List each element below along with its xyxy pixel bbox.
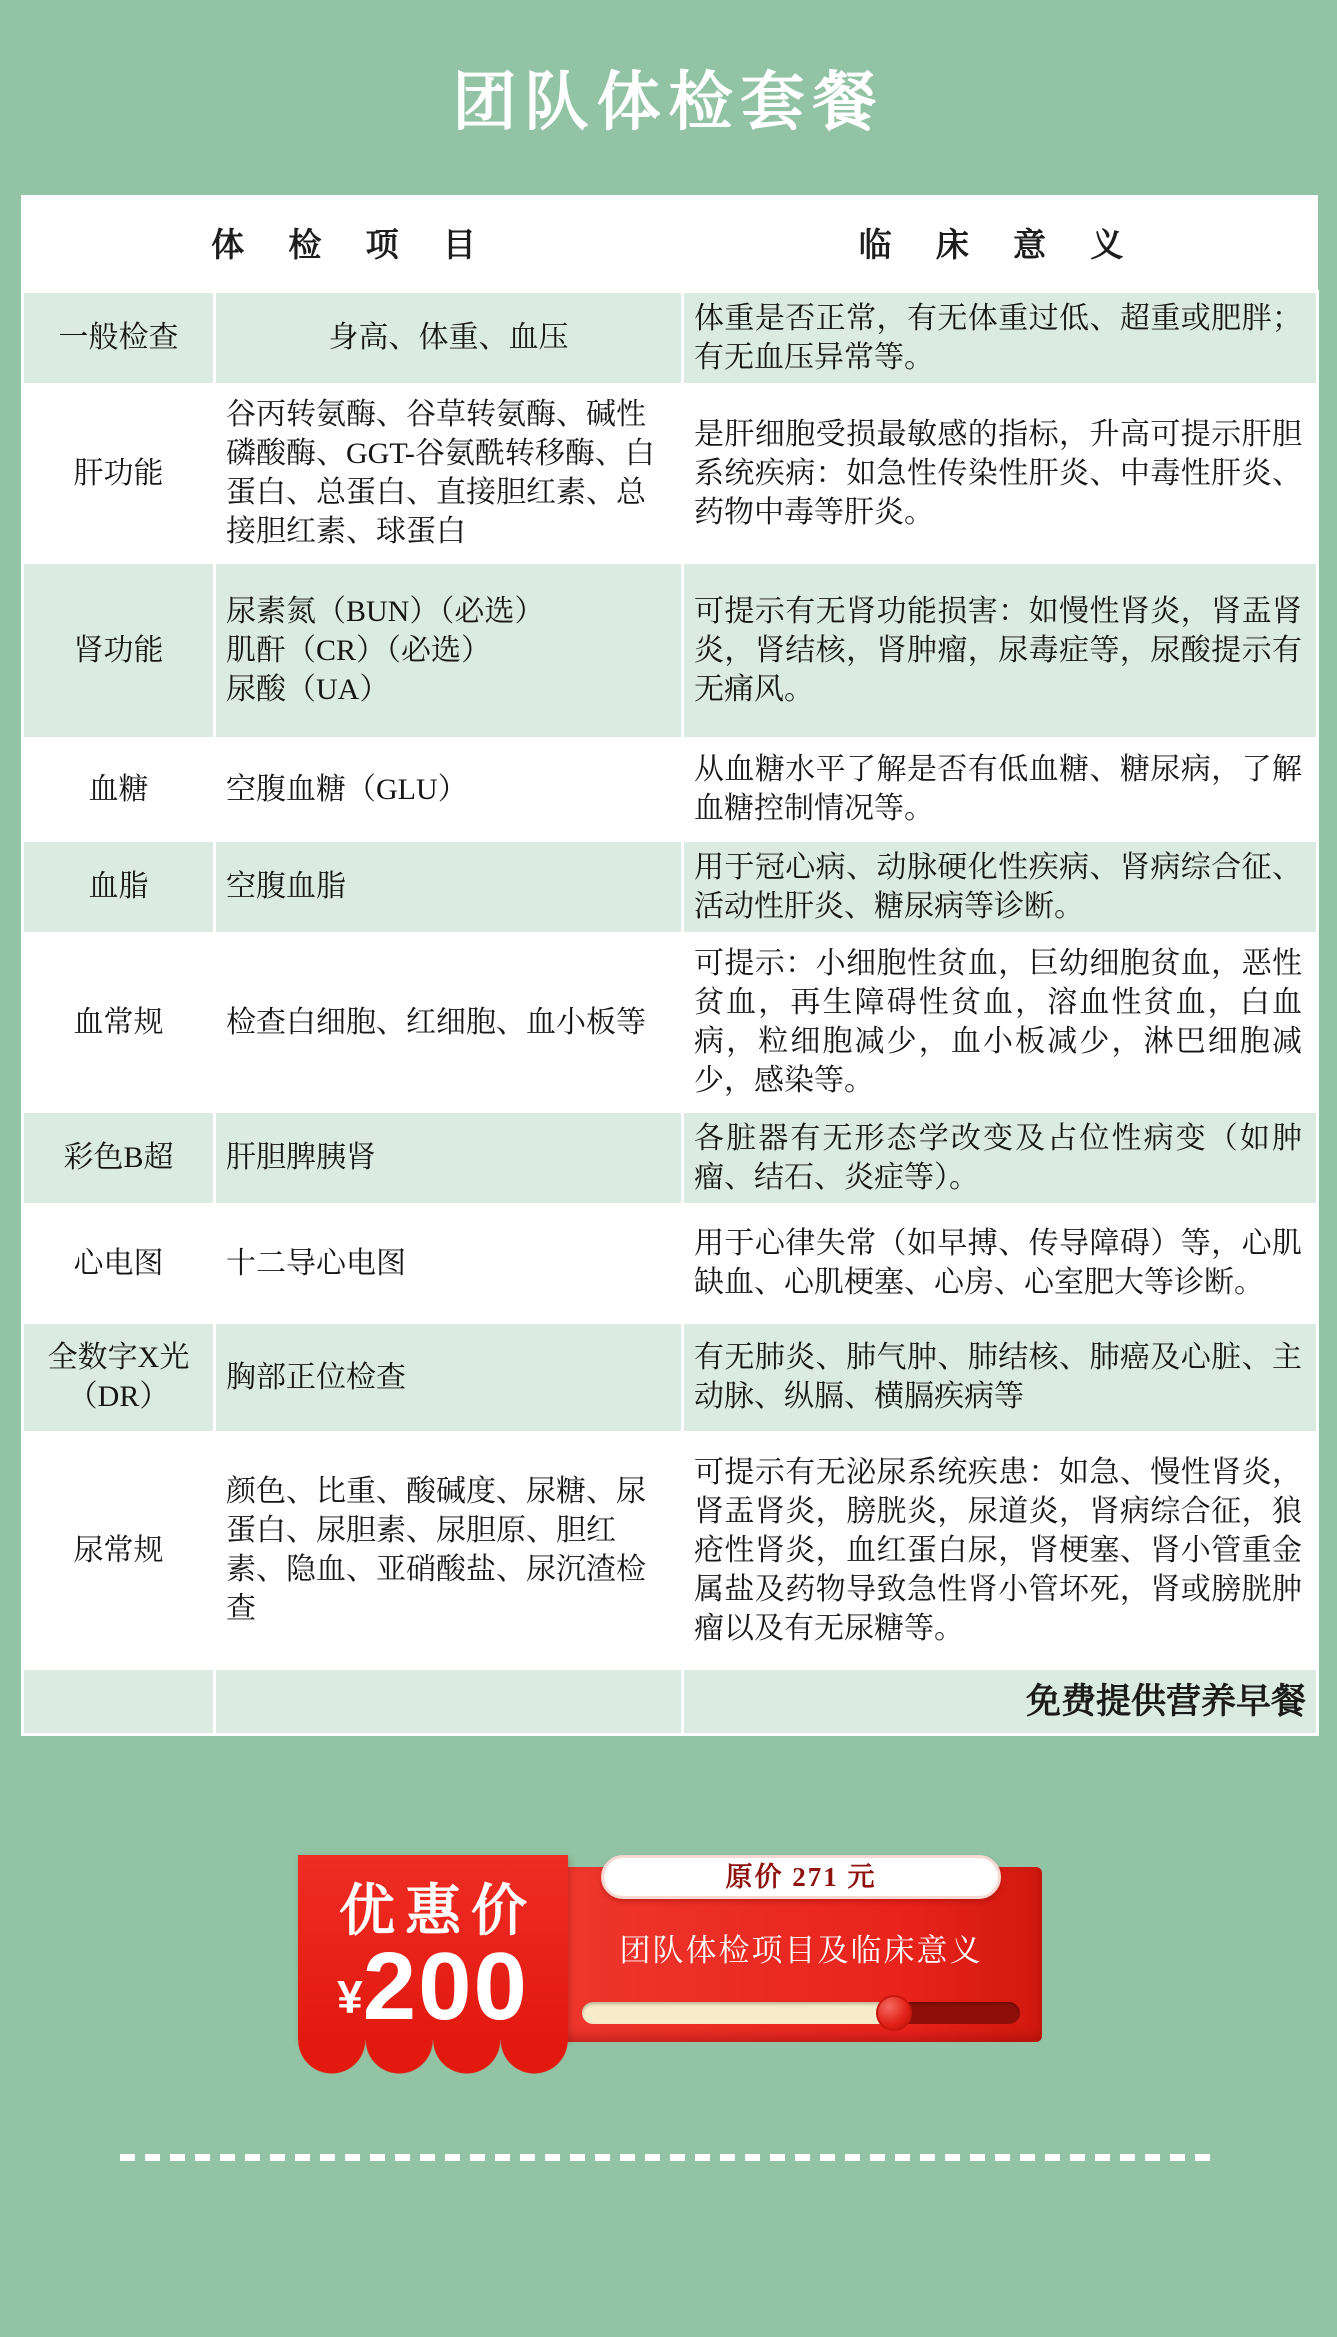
items-cell: 身高、体重、血压 xyxy=(215,291,683,384)
price-tag-panel: 原价 271 元 团队体检项目及临床意义 xyxy=(560,1867,1042,2042)
items-cell: 颜色、比重、酸碱度、尿糖、尿蛋白、尿胆素、尿胆原、胆红素、隐血、亚硝酸盐、尿沉渣… xyxy=(215,1432,683,1668)
table-row: 彩色B超肝胆脾胰肾各脏器有无形态学改变及占位性病变（如肿瘤、结石、炎症等）。 xyxy=(23,1111,1318,1204)
category-cell: 彩色B超 xyxy=(23,1111,215,1204)
package-table: 体 检 项 目 临 床 意 义 一般检查身高、体重、血压体重是否正常，有无体重过… xyxy=(21,195,1319,1736)
original-price-badge: 原价 271 元 xyxy=(601,1855,1001,1899)
items-cell: 十二导心电图 xyxy=(215,1204,683,1322)
table-row: 血常规检查白细胞、红细胞、血小板等可提示：小细胞性贫血，巨幼细胞贫血，恶性贫血，… xyxy=(23,933,1318,1111)
discount-label: 优惠价 xyxy=(298,1855,568,1941)
price-value: 200 xyxy=(363,1933,529,2040)
category-cell: 肾功能 xyxy=(23,562,215,738)
dashed-divider xyxy=(120,2154,1215,2161)
package-table-panel: 体 检 项 目 临 床 意 义 一般检查身高、体重、血压体重是否正常，有无体重过… xyxy=(21,195,1316,1736)
table-row: 心电图十二导心电图用于心律失常（如早搏、传导障碍）等，心肌缺血、心肌梗塞、心房、… xyxy=(23,1204,1318,1322)
items-cell: 空腹血糖（GLU） xyxy=(215,738,683,840)
category-cell: 血糖 xyxy=(23,738,215,840)
table-footer-row: 免费提供营养早餐 xyxy=(23,1668,1318,1734)
meaning-cell: 用于冠心病、动脉硬化性疾病、肾病综合征、活动性肝炎、糖尿病等诊断。 xyxy=(683,840,1318,933)
flyer-page: { "page": { "title": "团队体检套餐" }, "colors… xyxy=(0,0,1337,2337)
meaning-cell: 可提示有无泌尿系统疾患：如急、慢性肾炎，肾盂肾炎，膀胱炎，尿道炎，肾病综合征，狼… xyxy=(683,1432,1318,1668)
meaning-cell: 是肝细胞受损最敏感的指标，升高可提示肝胆系统疾病：如急性传染性肝炎、中毒性肝炎、… xyxy=(683,384,1318,562)
table-row: 肝功能谷丙转氨酶、谷草转氨酶、碱性磷酸酶、GGT-谷氨酰转移酶、白蛋白、总蛋白、… xyxy=(23,384,1318,562)
progress-bar xyxy=(582,2002,1020,2024)
table-row: 血脂空腹血脂用于冠心病、动脉硬化性疾病、肾病综合征、活动性肝炎、糖尿病等诊断。 xyxy=(23,840,1318,933)
currency-symbol: ¥ xyxy=(337,1971,363,2023)
items-cell: 空腹血脂 xyxy=(215,840,683,933)
progress-knob-icon xyxy=(876,1995,912,2031)
category-cell: 全数字X光（DR） xyxy=(23,1322,215,1432)
meaning-cell: 体重是否正常，有无体重过低、超重或肥胖；有无血压异常等。 xyxy=(683,291,1318,384)
meaning-cell: 可提示有无肾功能损害：如慢性肾炎，肾盂肾炎，肾结核，肾肿瘤，尿毒症等，尿酸提示有… xyxy=(683,562,1318,738)
items-cell: 检查白细胞、红细胞、血小板等 xyxy=(215,933,683,1111)
category-cell: 一般检查 xyxy=(23,291,215,384)
meaning-cell: 可提示：小细胞性贫血，巨幼细胞贫血，恶性贫血，再生障碍性贫血，溶血性贫血，白血病… xyxy=(683,933,1318,1111)
header-meaning-col: 临 床 意 义 xyxy=(683,195,1318,291)
table-header-row: 体 检 项 目 临 床 意 义 xyxy=(23,195,1318,291)
items-cell xyxy=(215,1668,683,1734)
meaning-cell: 用于心律失常（如早搏、传导障碍）等，心肌缺血、心肌梗塞、心房、心室肥大等诊断。 xyxy=(683,1204,1318,1322)
meaning-cell: 有无肺炎、肺气肿、肺结核、肺癌及心脏、主动脉、纵膈、横膈疾病等 xyxy=(683,1322,1318,1432)
price-tag-title: 团队体检项目及临床意义 xyxy=(560,1925,1042,1970)
table-row: 尿常规颜色、比重、酸碱度、尿糖、尿蛋白、尿胆素、尿胆原、胆红素、隐血、亚硝酸盐、… xyxy=(23,1432,1318,1668)
category-cell: 血常规 xyxy=(23,933,215,1111)
category-cell: 尿常规 xyxy=(23,1432,215,1668)
table-row: 血糖空腹血糖（GLU）从血糖水平了解是否有低血糖、糖尿病，了解血糖控制情况等。 xyxy=(23,738,1318,840)
table-row: 全数字X光（DR）胸部正位检查有无肺炎、肺气肿、肺结核、肺癌及心脏、主动脉、纵膈… xyxy=(23,1322,1318,1432)
items-cell: 谷丙转氨酶、谷草转氨酶、碱性磷酸酶、GGT-谷氨酰转移酶、白蛋白、总蛋白、直接胆… xyxy=(215,384,683,562)
free-breakfast-note: 免费提供营养早餐 xyxy=(683,1668,1318,1734)
category-cell xyxy=(23,1668,215,1734)
header-items-col: 体 检 项 目 xyxy=(23,195,683,291)
meaning-cell: 各脏器有无形态学改变及占位性病变（如肿瘤、结石、炎症等）。 xyxy=(683,1111,1318,1204)
items-cell: 尿素氮（BUN）（必选） 肌酐（CR）（必选） 尿酸（UA） xyxy=(215,562,683,738)
table-row: 一般检查身高、体重、血压体重是否正常，有无体重过低、超重或肥胖；有无血压异常等。 xyxy=(23,291,1318,384)
table-row: 肾功能尿素氮（BUN）（必选） 肌酐（CR）（必选） 尿酸（UA）可提示有无肾功… xyxy=(23,562,1318,738)
category-cell: 肝功能 xyxy=(23,384,215,562)
price-tag: 原价 271 元 团队体检项目及临床意义 优惠价 ¥200 xyxy=(0,1855,1337,2125)
category-cell: 血脂 xyxy=(23,840,215,933)
page-title: 团队体检套餐 xyxy=(0,52,1337,152)
category-cell: 心电图 xyxy=(23,1204,215,1322)
items-cell: 胸部正位检查 xyxy=(215,1322,683,1432)
meaning-cell: 从血糖水平了解是否有低血糖、糖尿病，了解血糖控制情况等。 xyxy=(683,738,1318,840)
ribbon-scallop-edge xyxy=(298,2040,568,2078)
discount-ribbon: 优惠价 ¥200 xyxy=(298,1855,568,2040)
items-cell: 肝胆脾胰肾 xyxy=(215,1111,683,1204)
